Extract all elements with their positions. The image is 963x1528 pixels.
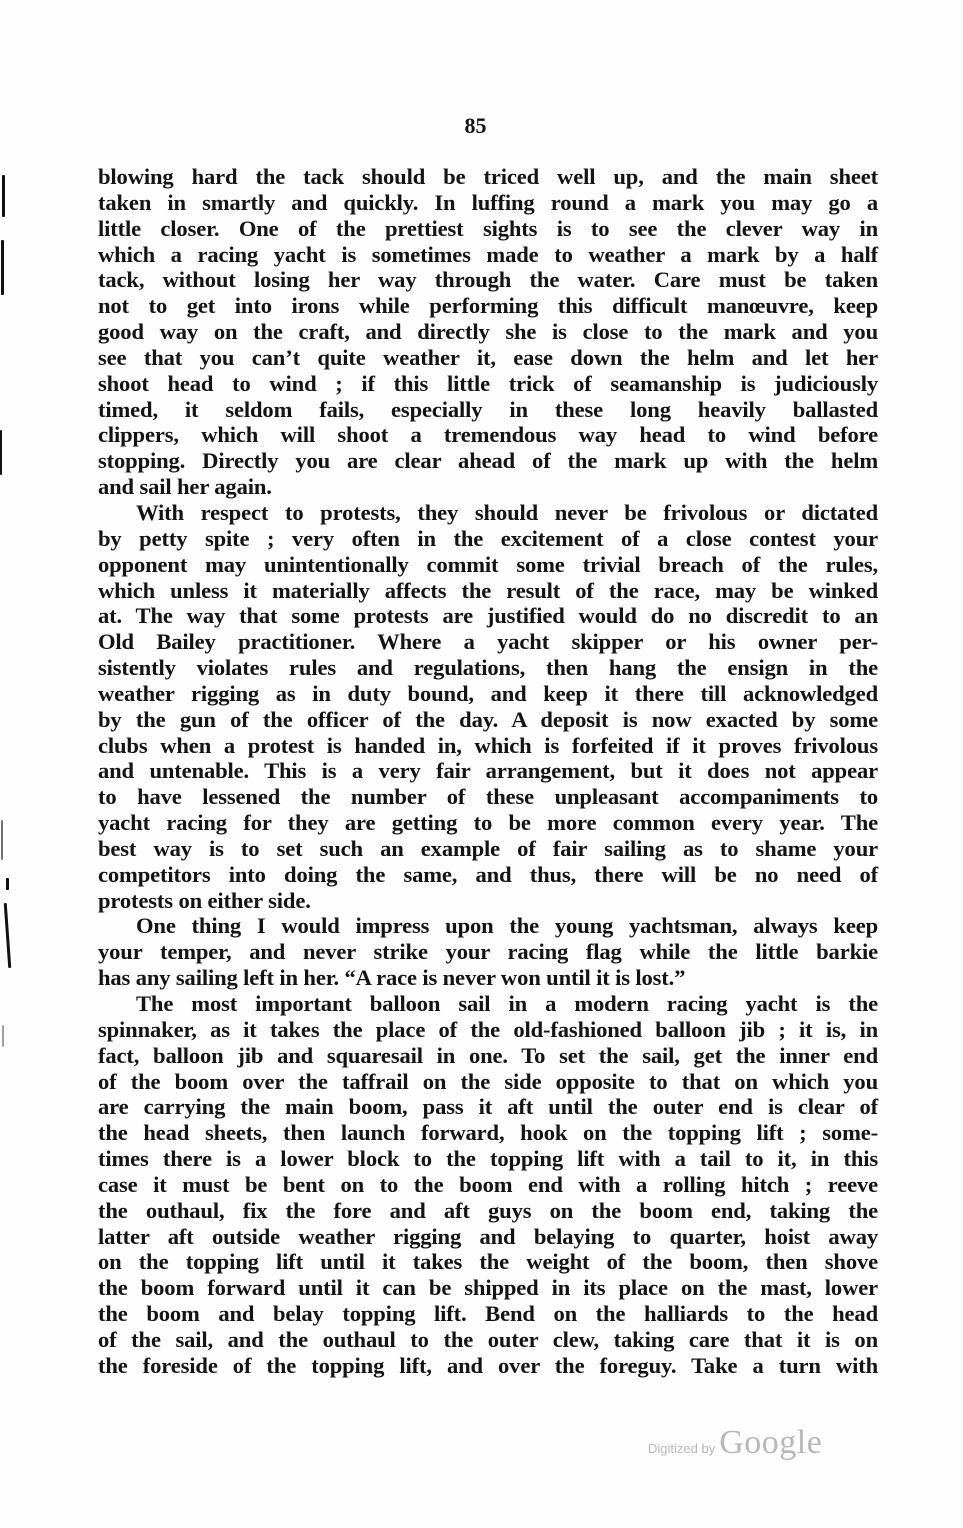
text-line: clippers, which will shoot a tremendous …: [98, 422, 878, 448]
text-line: good way on the craft, and directly she …: [98, 319, 878, 345]
text-line: clubs when a protest is handed in, which…: [98, 733, 878, 759]
text-line: shoot head to wind ; if this little tric…: [98, 371, 878, 397]
body-text: blowing hard the tack should be triced w…: [98, 164, 878, 1379]
text-line: fact, balloon jib and squaresail in one.…: [98, 1043, 878, 1069]
text-line: weather rigging as in duty bound, and ke…: [98, 681, 878, 707]
text-line: latter aft outside weather rigging and b…: [98, 1224, 878, 1250]
text-line: which unless it materially affects the r…: [98, 578, 878, 604]
text-line: has any sailing left in her. “A race is …: [98, 965, 878, 991]
text-line: at. The way that some protests are justi…: [98, 603, 878, 629]
text-line: which a racing yacht is sometimes made t…: [98, 242, 878, 268]
text-line: are carrying the main boom, pass it aft …: [98, 1094, 878, 1120]
text-line: case it must be bent on to the boom end …: [98, 1172, 878, 1198]
text-line: spinnaker, as it takes the place of the …: [98, 1017, 878, 1043]
margin-scan-mark: [4, 903, 12, 968]
margin-scan-mark: [2, 175, 5, 217]
margin-scan-mark: [1, 820, 3, 860]
digitized-label: Digitized by: [648, 1441, 715, 1456]
text-line: tack, without losing her way through the…: [98, 267, 878, 293]
digitized-by-google-watermark: Digitized by Google: [648, 1424, 822, 1462]
google-logo: Google: [719, 1424, 822, 1462]
text-line: The most important balloon sail in a mod…: [98, 991, 878, 1017]
page-number: 85: [0, 113, 957, 139]
text-line: little closer. One of the prettiest sigh…: [98, 216, 878, 242]
text-line: by the gun of the officer of the day. A …: [98, 707, 878, 733]
text-line: One thing I would impress upon the young…: [98, 913, 878, 939]
text-line: the boom and belay topping lift. Bend on…: [98, 1301, 878, 1327]
text-line: by petty spite ; very often in the excit…: [98, 526, 878, 552]
text-line: of the boom over the taffrail on the sid…: [98, 1069, 878, 1095]
text-line: your temper, and never strike your racin…: [98, 939, 878, 965]
text-line: see that you can’t quite weather it, eas…: [98, 345, 878, 371]
text-line: to have lessened the number of these unp…: [98, 784, 878, 810]
margin-scan-mark: [1, 240, 4, 295]
text-line: blowing hard the tack should be triced w…: [98, 164, 878, 190]
scanned-book-page: 85 blowing hard the tack should be trice…: [0, 0, 963, 1528]
text-line: and sail her again.: [98, 474, 878, 500]
text-line: the outhaul, fix the fore and aft guys o…: [98, 1198, 878, 1224]
text-line: on the topping lift until it takes the w…: [98, 1249, 878, 1275]
text-line: competitors into doing the same, and thu…: [98, 862, 878, 888]
text-line: not to get into irons while performing t…: [98, 293, 878, 319]
text-line: With respect to protests, they should ne…: [98, 500, 878, 526]
text-line: yacht racing for they are getting to be …: [98, 810, 878, 836]
text-line: the foreside of the topping lift, and ov…: [98, 1353, 878, 1379]
text-line: and untenable. This is a very fair arran…: [98, 758, 878, 784]
text-line: Old Bailey practitioner. Where a yacht s…: [98, 629, 878, 655]
text-line: opponent may unintentionally commit some…: [98, 552, 878, 578]
text-line: the boom forward until it can be shipped…: [98, 1275, 878, 1301]
text-line: best way is to set such an example of fa…: [98, 836, 878, 862]
text-line: sistently violates rules and regulations…: [98, 655, 878, 681]
text-line: timed, it seldom fails, especially in th…: [98, 397, 878, 423]
text-line: taken in smartly and quickly. In luffing…: [98, 190, 878, 216]
margin-scan-mark: [0, 430, 2, 475]
text-line: the head sheets, then launch forward, ho…: [98, 1120, 878, 1146]
text-line: stopping. Directly you are clear ahead o…: [98, 448, 878, 474]
text-line: protests on either side.: [98, 888, 878, 914]
margin-scan-mark: [2, 1025, 4, 1047]
margin-scan-mark: [6, 878, 9, 890]
text-line: of the sail, and the outhaul to the oute…: [98, 1327, 878, 1353]
text-line: times there is a lower block to the topp…: [98, 1146, 878, 1172]
